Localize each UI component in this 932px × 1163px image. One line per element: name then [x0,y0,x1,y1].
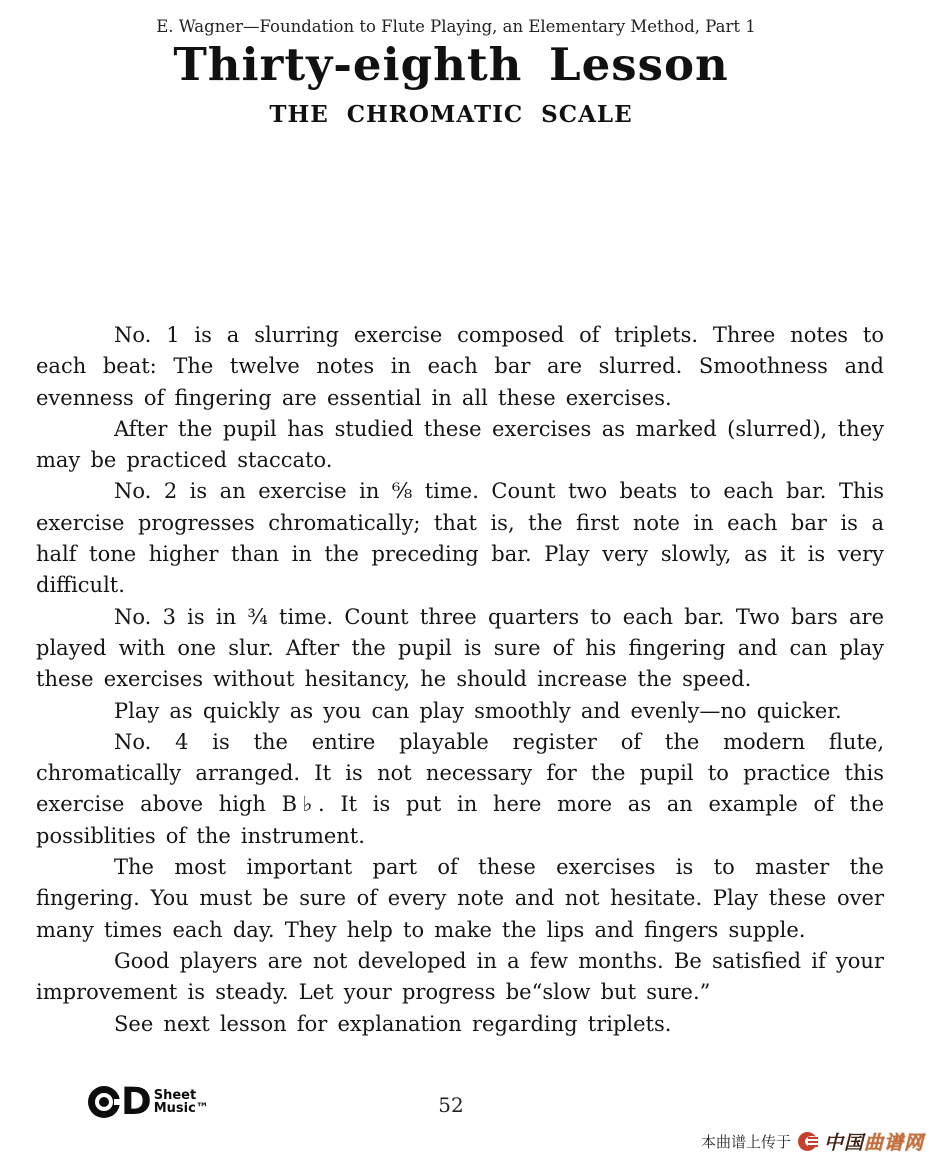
paragraph-play-quickly: Play as quickly as you can play smoothly… [36,696,884,727]
document-page: E. Wagner—Foundation to Flute Playing, a… [0,0,932,1163]
running-header: E. Wagner—Foundation to Flute Playing, a… [0,17,912,36]
site-name-part-china: 中国 [824,1132,864,1154]
lesson-title: Thirty-eighth Lesson [0,38,902,91]
paragraph-no3-three-four: No. 3 is in ³⁄₄ time. Count three quarte… [36,602,884,696]
qupu-logo-lines [808,1137,818,1147]
paragraph-no4-register: No. 4 is the entire playable register of… [36,727,884,852]
lesson-body-text: No. 1 is a slurring exercise composed of… [36,320,884,1040]
paragraph-no2-six-eight: No. 2 is an exercise in ⁶⁄₈ time. Count … [36,476,884,601]
page-number: 52 [0,1093,902,1117]
paragraph-see-next-lesson: See next lesson for explanation regardin… [36,1009,884,1040]
paragraph-good-players: Good players are not developed in a few … [36,946,884,1009]
paragraph-master-fingering: The most important part of these exercis… [36,852,884,946]
paragraph-no1-triplets: No. 1 is a slurring exercise composed of… [36,320,884,414]
watermark-site-name: 中国曲谱网 [824,1128,924,1155]
watermark: 本曲谱上传于 中国曲谱网 [701,1128,924,1155]
paragraph-staccato: After the pupil has studied these exerci… [36,414,884,477]
lesson-subtitle: THE CHROMATIC SCALE [0,101,902,128]
site-name-part-qupuwang: 曲谱网 [864,1132,924,1154]
watermark-upload-text: 本曲谱上传于 [701,1131,791,1152]
qupu-site-logo-icon [798,1132,817,1151]
